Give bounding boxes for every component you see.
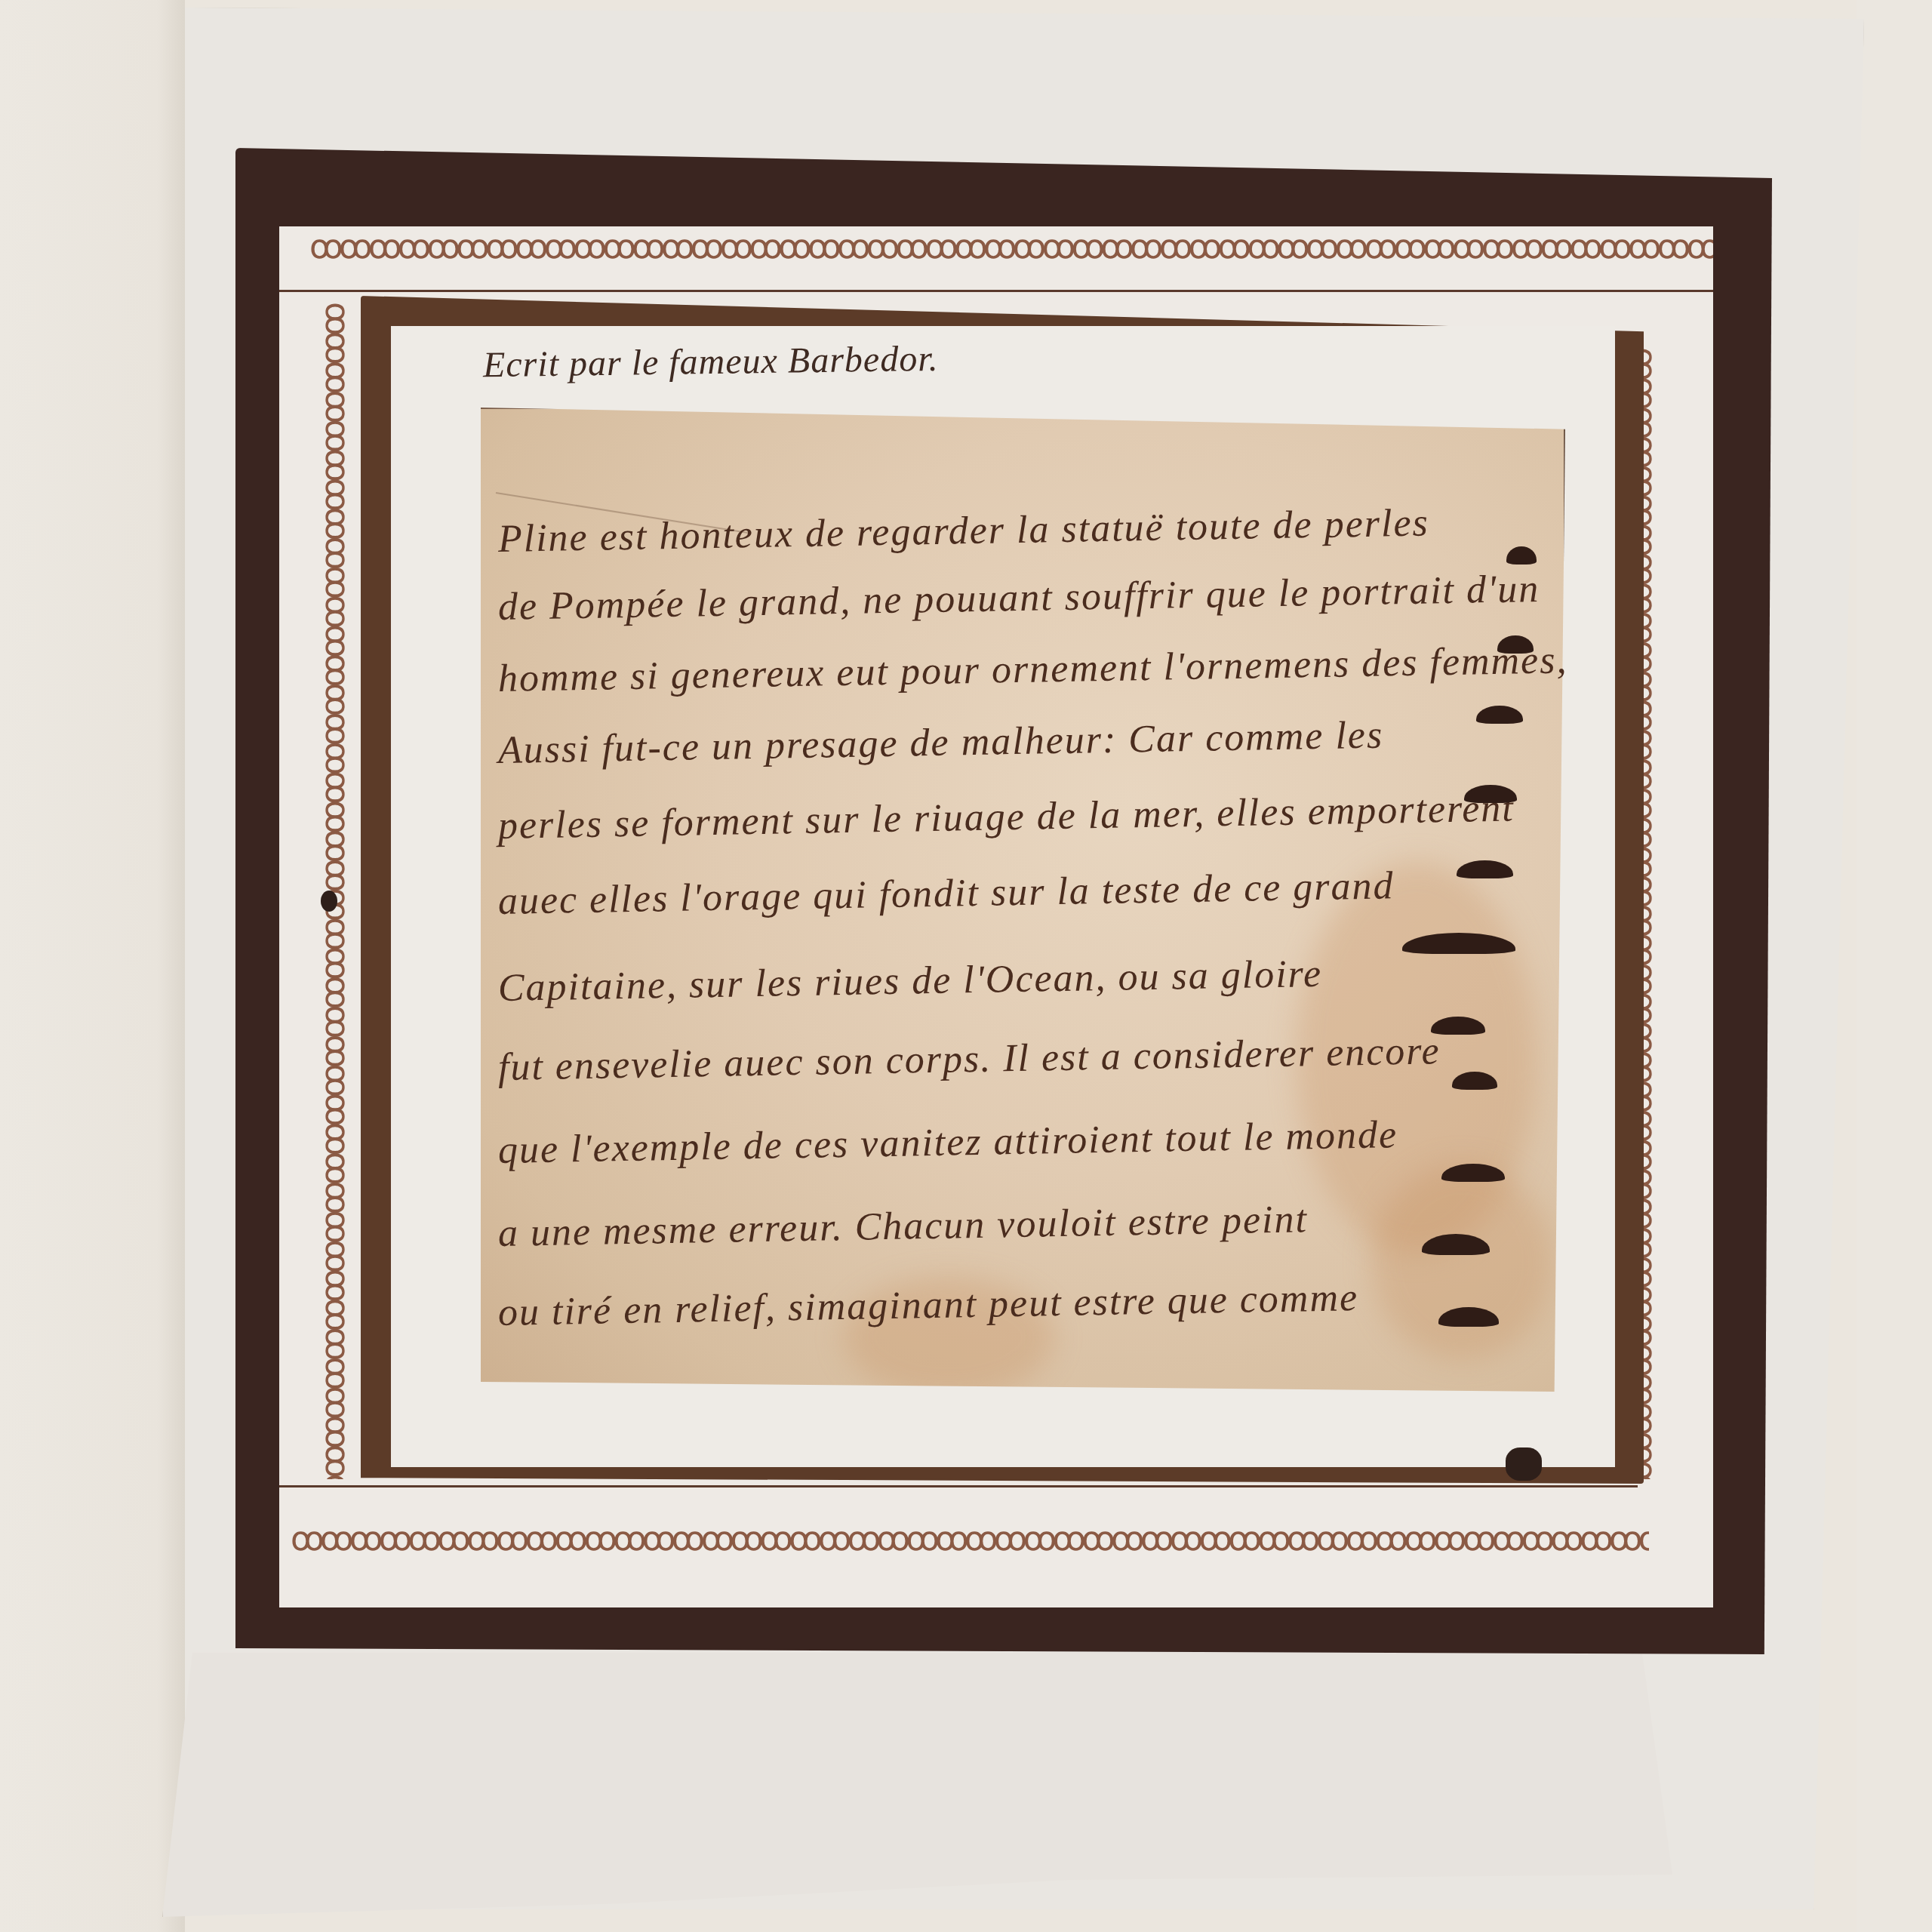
ink-blot-inner-corner bbox=[1506, 1447, 1542, 1481]
braid-ornament-top: ꝏꝏꝏꝏꝏꝏꝏꝏꝏꝏꝏꝏꝏꝏꝏꝏꝏꝏꝏꝏꝏꝏꝏꝏꝏꝏꝏꝏꝏꝏꝏꝏꝏꝏꝏꝏꝏꝏꝏꝏ… bbox=[309, 231, 1713, 269]
braid-ornament-left: ꝏꝏꝏꝏꝏꝏꝏꝏꝏꝏꝏꝏꝏꝏꝏꝏꝏꝏꝏꝏꝏꝏꝏꝏꝏꝏꝏꝏꝏꝏꝏꝏꝏꝏꝏꝏꝏꝏꝏꝏ… bbox=[315, 302, 353, 1479]
braid-ornament-bottom: ꝏꝏꝏꝏꝏꝏꝏꝏꝏꝏꝏꝏꝏꝏꝏꝏꝏꝏꝏꝏꝏꝏꝏꝏꝏꝏꝏꝏꝏꝏꝏꝏꝏꝏꝏꝏꝏꝏꝏꝏ… bbox=[291, 1523, 1649, 1561]
stain bbox=[1371, 1164, 1552, 1360]
attribution-caption: Ecrit par le fameux Barbedor. bbox=[483, 338, 939, 386]
rule-top bbox=[279, 290, 1713, 292]
rule-bottom bbox=[279, 1485, 1638, 1487]
adjacent-page-right bbox=[1857, 0, 1932, 1932]
ink-blot-left-border bbox=[321, 891, 337, 912]
adjacent-page-left bbox=[0, 0, 185, 1932]
